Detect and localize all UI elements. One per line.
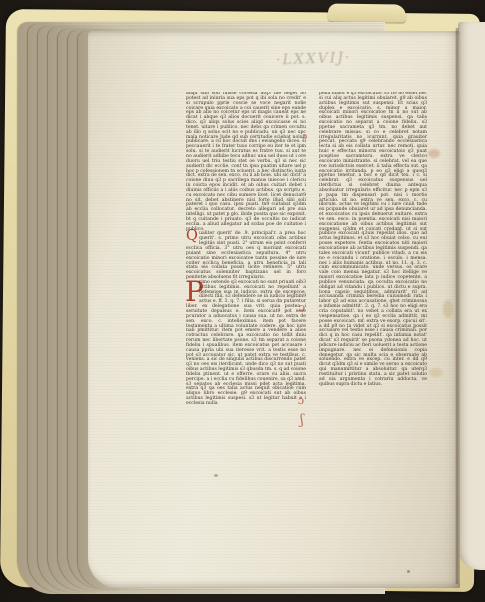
facing-page-edge <box>458 22 485 570</box>
rubricated-initial-Q: Q <box>186 232 198 242</box>
foxing-dot <box>407 570 410 573</box>
text-column-right: pena maior e q3 excoicatio. s3 h9 no ess… <box>319 92 427 458</box>
text-column-left: aliqd sibi soli fuisse cocessa atq3 ille… <box>186 92 306 458</box>
book-photograph: ·LXXVIJ· aliqd sibi soli fuisse cocessa … <box>0 0 485 602</box>
page-stain <box>428 149 440 158</box>
page-stain <box>429 368 443 377</box>
rubricated-initial-P: P <box>186 281 198 303</box>
vellum-cover-fold <box>328 3 406 22</box>
red-margin-mark: ɔ <box>298 303 305 313</box>
paragraph: Qualiter querit' de .9. principal'r. a p… <box>186 232 306 280</box>
foxing-dot <box>214 474 218 477</box>
paragraph: pena maior e q3 excoicatio. s3 h9 no ess… <box>319 92 427 387</box>
red-margin-mark: ɔ <box>298 396 305 406</box>
red-margin-mark: ʃ <box>300 416 304 425</box>
paragraph-text: ualiter querit' de .9. principal'r. a pr… <box>186 231 306 280</box>
paragraph: Primo ostendo q3 excoicati no sunt priua… <box>186 281 306 407</box>
gutter-crease <box>455 28 459 584</box>
paragraph-text: rimo ostendo q3 excoicati no sunt priuat… <box>186 280 306 406</box>
paragraph: aliqd sibi soli fuisse cocessa atq3 ille… <box>186 92 306 232</box>
page-stain <box>443 300 453 318</box>
